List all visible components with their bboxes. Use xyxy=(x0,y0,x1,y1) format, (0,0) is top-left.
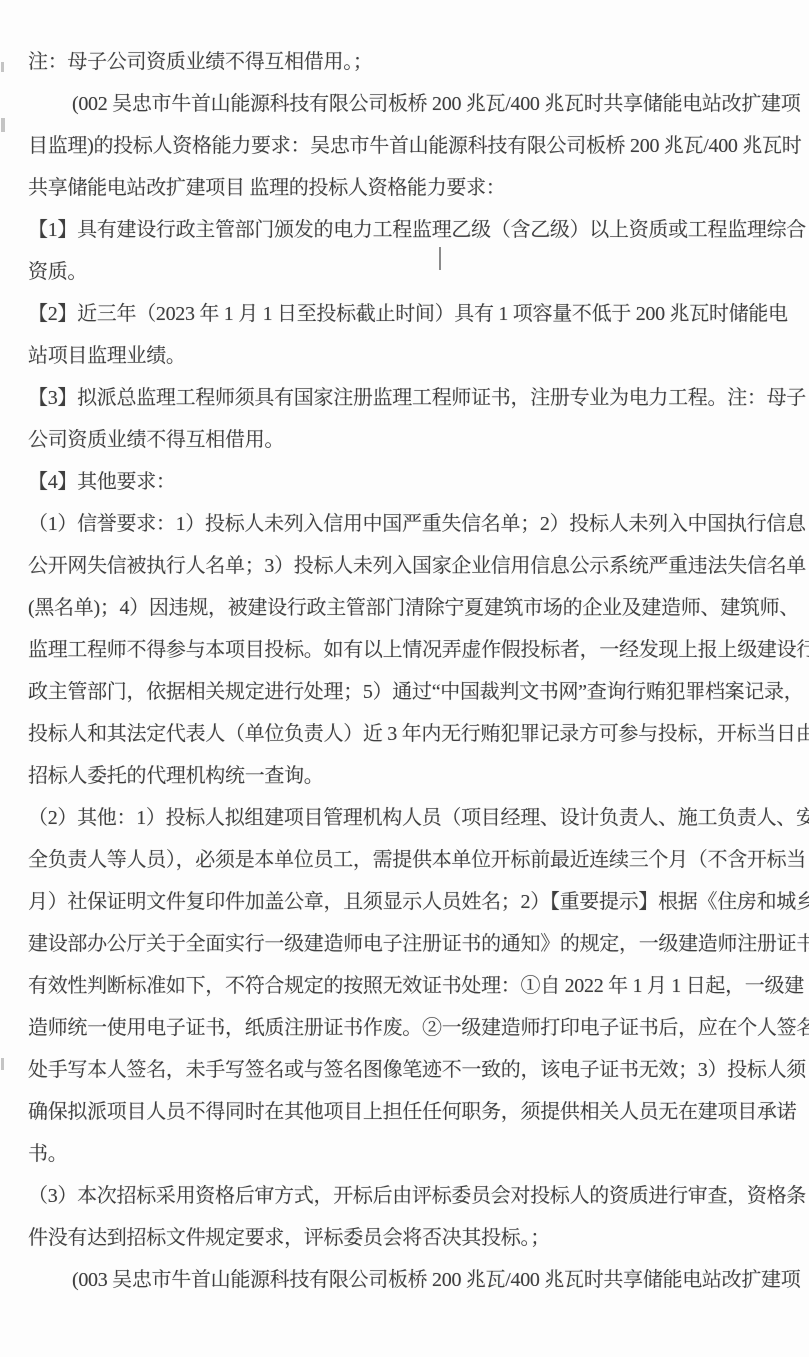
text-line: 投标人和其法定代表人（单位负责人）近 3 年内无行贿犯罪记录方可参与投标，开标当… xyxy=(28,710,782,752)
text-line: 公开网失信被执行人名单；3）投标人未列入国家企业信用信息公示系统严重违法失信名单 xyxy=(28,542,782,584)
stray-cursor-mark xyxy=(439,247,441,270)
text-line: 公司资质业绩不得互相借用。 xyxy=(28,416,782,458)
text-line: 政主管部门，依据相关规定进行处理；5）通过“中国裁判文书网”查询行贿犯罪档案记录… xyxy=(28,668,782,710)
scan-edge-artifact xyxy=(1,118,5,132)
text-line: 确保拟派项目人员不得同时在其他项目上担任任何职务，须提供相关人员无在建项目承诺 xyxy=(28,1088,782,1130)
text-line: 【4】其他要求： xyxy=(28,458,782,500)
text-line: 建设部办公厅关于全面实行一级建造师电子注册证书的通知》的规定，一级建造师注册证书 xyxy=(28,920,782,962)
text-line: 处手写本人签名，未手写签名或与签名图像笔迹不一致的，该电子证书无效；3）投标人须 xyxy=(28,1046,782,1088)
text-line: 【3】拟派总监理工程师须具有国家注册监理工程师证书，注册专业为电力工程。注：母子 xyxy=(28,374,782,416)
text-line: 月）社保证明文件复印件加盖公章，且须显示人员姓名；2）【重要提示】根据《住房和城… xyxy=(28,878,782,920)
document-page: 注：母子公司资质业绩不得互相借用。；(002 吴忠市牛首山能源科技有限公司板桥 … xyxy=(0,0,809,1357)
text-line: (黑名单)；4）因违规，被建设行政主管部门清除宁夏建筑市场的企业及建造师、建筑师… xyxy=(28,584,782,626)
text-line: 全负责人等人员），必须是本单位员工，需提供本单位开标前最近连续三个月（不含开标当 xyxy=(28,836,782,878)
text-line: （2）其他：1）投标人拟组建项目管理机构人员（项目经理、设计负责人、施工负责人、… xyxy=(28,794,782,836)
text-line: 监理工程师不得参与本项目投标。如有以上情况弄虚作假投标者，一经发现上报上级建设行 xyxy=(28,626,782,668)
text-line: 招标人委托的代理机构统一查询。 xyxy=(28,752,782,794)
text-line: 【1】具有建设行政主管部门颁发的电力工程监理乙级（含乙级）以上资质或工程监理综合 xyxy=(28,206,782,248)
text-line: 资质。 xyxy=(28,248,782,290)
text-line: 站项目监理业绩。 xyxy=(28,332,782,374)
text-line: (003 吴忠市牛首山能源科技有限公司板桥 200 兆瓦/400 兆瓦时共享储能… xyxy=(28,1256,782,1298)
text-line: （3）本次招标采用资格后审方式，开标后由评标委员会对投标人的资质进行审查，资格条 xyxy=(28,1172,782,1214)
text-line: (002 吴忠市牛首山能源科技有限公司板桥 200 兆瓦/400 兆瓦时共享储能… xyxy=(28,80,782,122)
text-line: 有效性判断标准如下，不符合规定的按照无效证书处理：①自 2022 年 1 月 1… xyxy=(28,962,782,1004)
text-line: 件没有达到招标文件规定要求，评标委员会将否决其投标。； xyxy=(28,1214,782,1256)
document-body: 注：母子公司资质业绩不得互相借用。；(002 吴忠市牛首山能源科技有限公司板桥 … xyxy=(28,38,782,1298)
scan-edge-artifact xyxy=(1,62,4,72)
text-line: 【2】近三年（2023 年 1 月 1 日至投标截止时间）具有 1 项容量不低于… xyxy=(28,290,782,332)
text-line: 书。 xyxy=(28,1130,782,1172)
scan-edge-artifact xyxy=(1,1058,4,1070)
text-line: 注：母子公司资质业绩不得互相借用。； xyxy=(28,38,782,80)
text-line: 造师统一使用电子证书，纸质注册证书作废。②一级建造师打印电子证书后，应在个人签名 xyxy=(28,1004,782,1046)
text-line: 共享储能电站改扩建项目 监理的投标人资格能力要求： xyxy=(28,164,782,206)
text-line: （1）信誉要求：1）投标人未列入信用中国严重失信名单；2）投标人未列入中国执行信… xyxy=(28,500,782,542)
text-line: 目监理)的投标人资格能力要求：吴忠市牛首山能源科技有限公司板桥 200 兆瓦/4… xyxy=(28,122,782,164)
